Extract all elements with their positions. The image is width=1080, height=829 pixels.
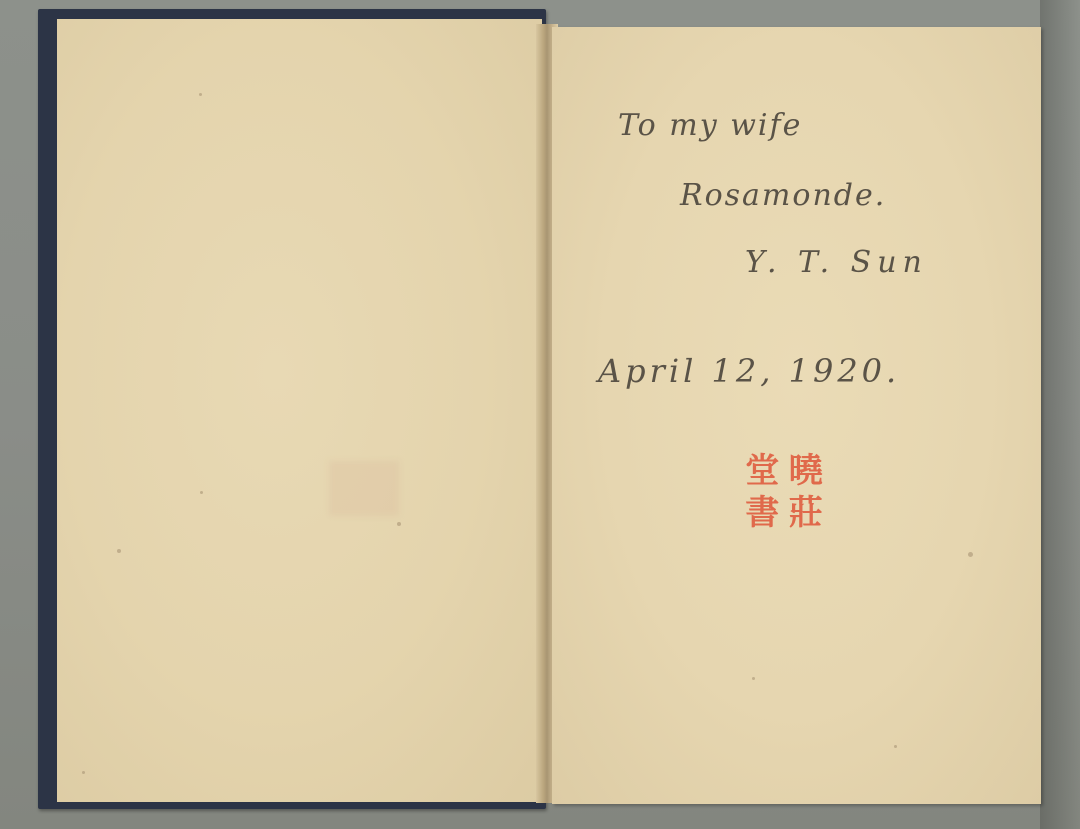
right-inscription-page xyxy=(552,27,1041,804)
seal-character: 曉 xyxy=(786,452,827,491)
paper-speck xyxy=(397,522,401,526)
red-seal-stamp: 堂 曉 書 莊 xyxy=(742,452,826,532)
seal-offset-ghost xyxy=(329,461,399,516)
left-flyleaf-page xyxy=(57,19,542,802)
inscription-line-dedication: To my wife xyxy=(618,108,802,143)
background-shadow xyxy=(1040,0,1080,829)
paper-speck xyxy=(894,745,897,748)
paper-speck xyxy=(199,93,202,96)
inscription-signature: Y. T. Sun xyxy=(745,245,928,280)
paper-speck xyxy=(117,549,121,553)
paper-speck xyxy=(200,491,203,494)
paper-speck xyxy=(968,552,973,557)
seal-character: 書 xyxy=(742,494,783,533)
seal-character: 堂 xyxy=(742,452,783,491)
inscription-date: April 12, 1920. xyxy=(598,352,900,390)
paper-speck xyxy=(752,677,755,680)
inscription-line-name: Rosamonde. xyxy=(680,178,886,213)
seal-character: 莊 xyxy=(786,494,827,533)
paper-speck xyxy=(82,771,85,774)
